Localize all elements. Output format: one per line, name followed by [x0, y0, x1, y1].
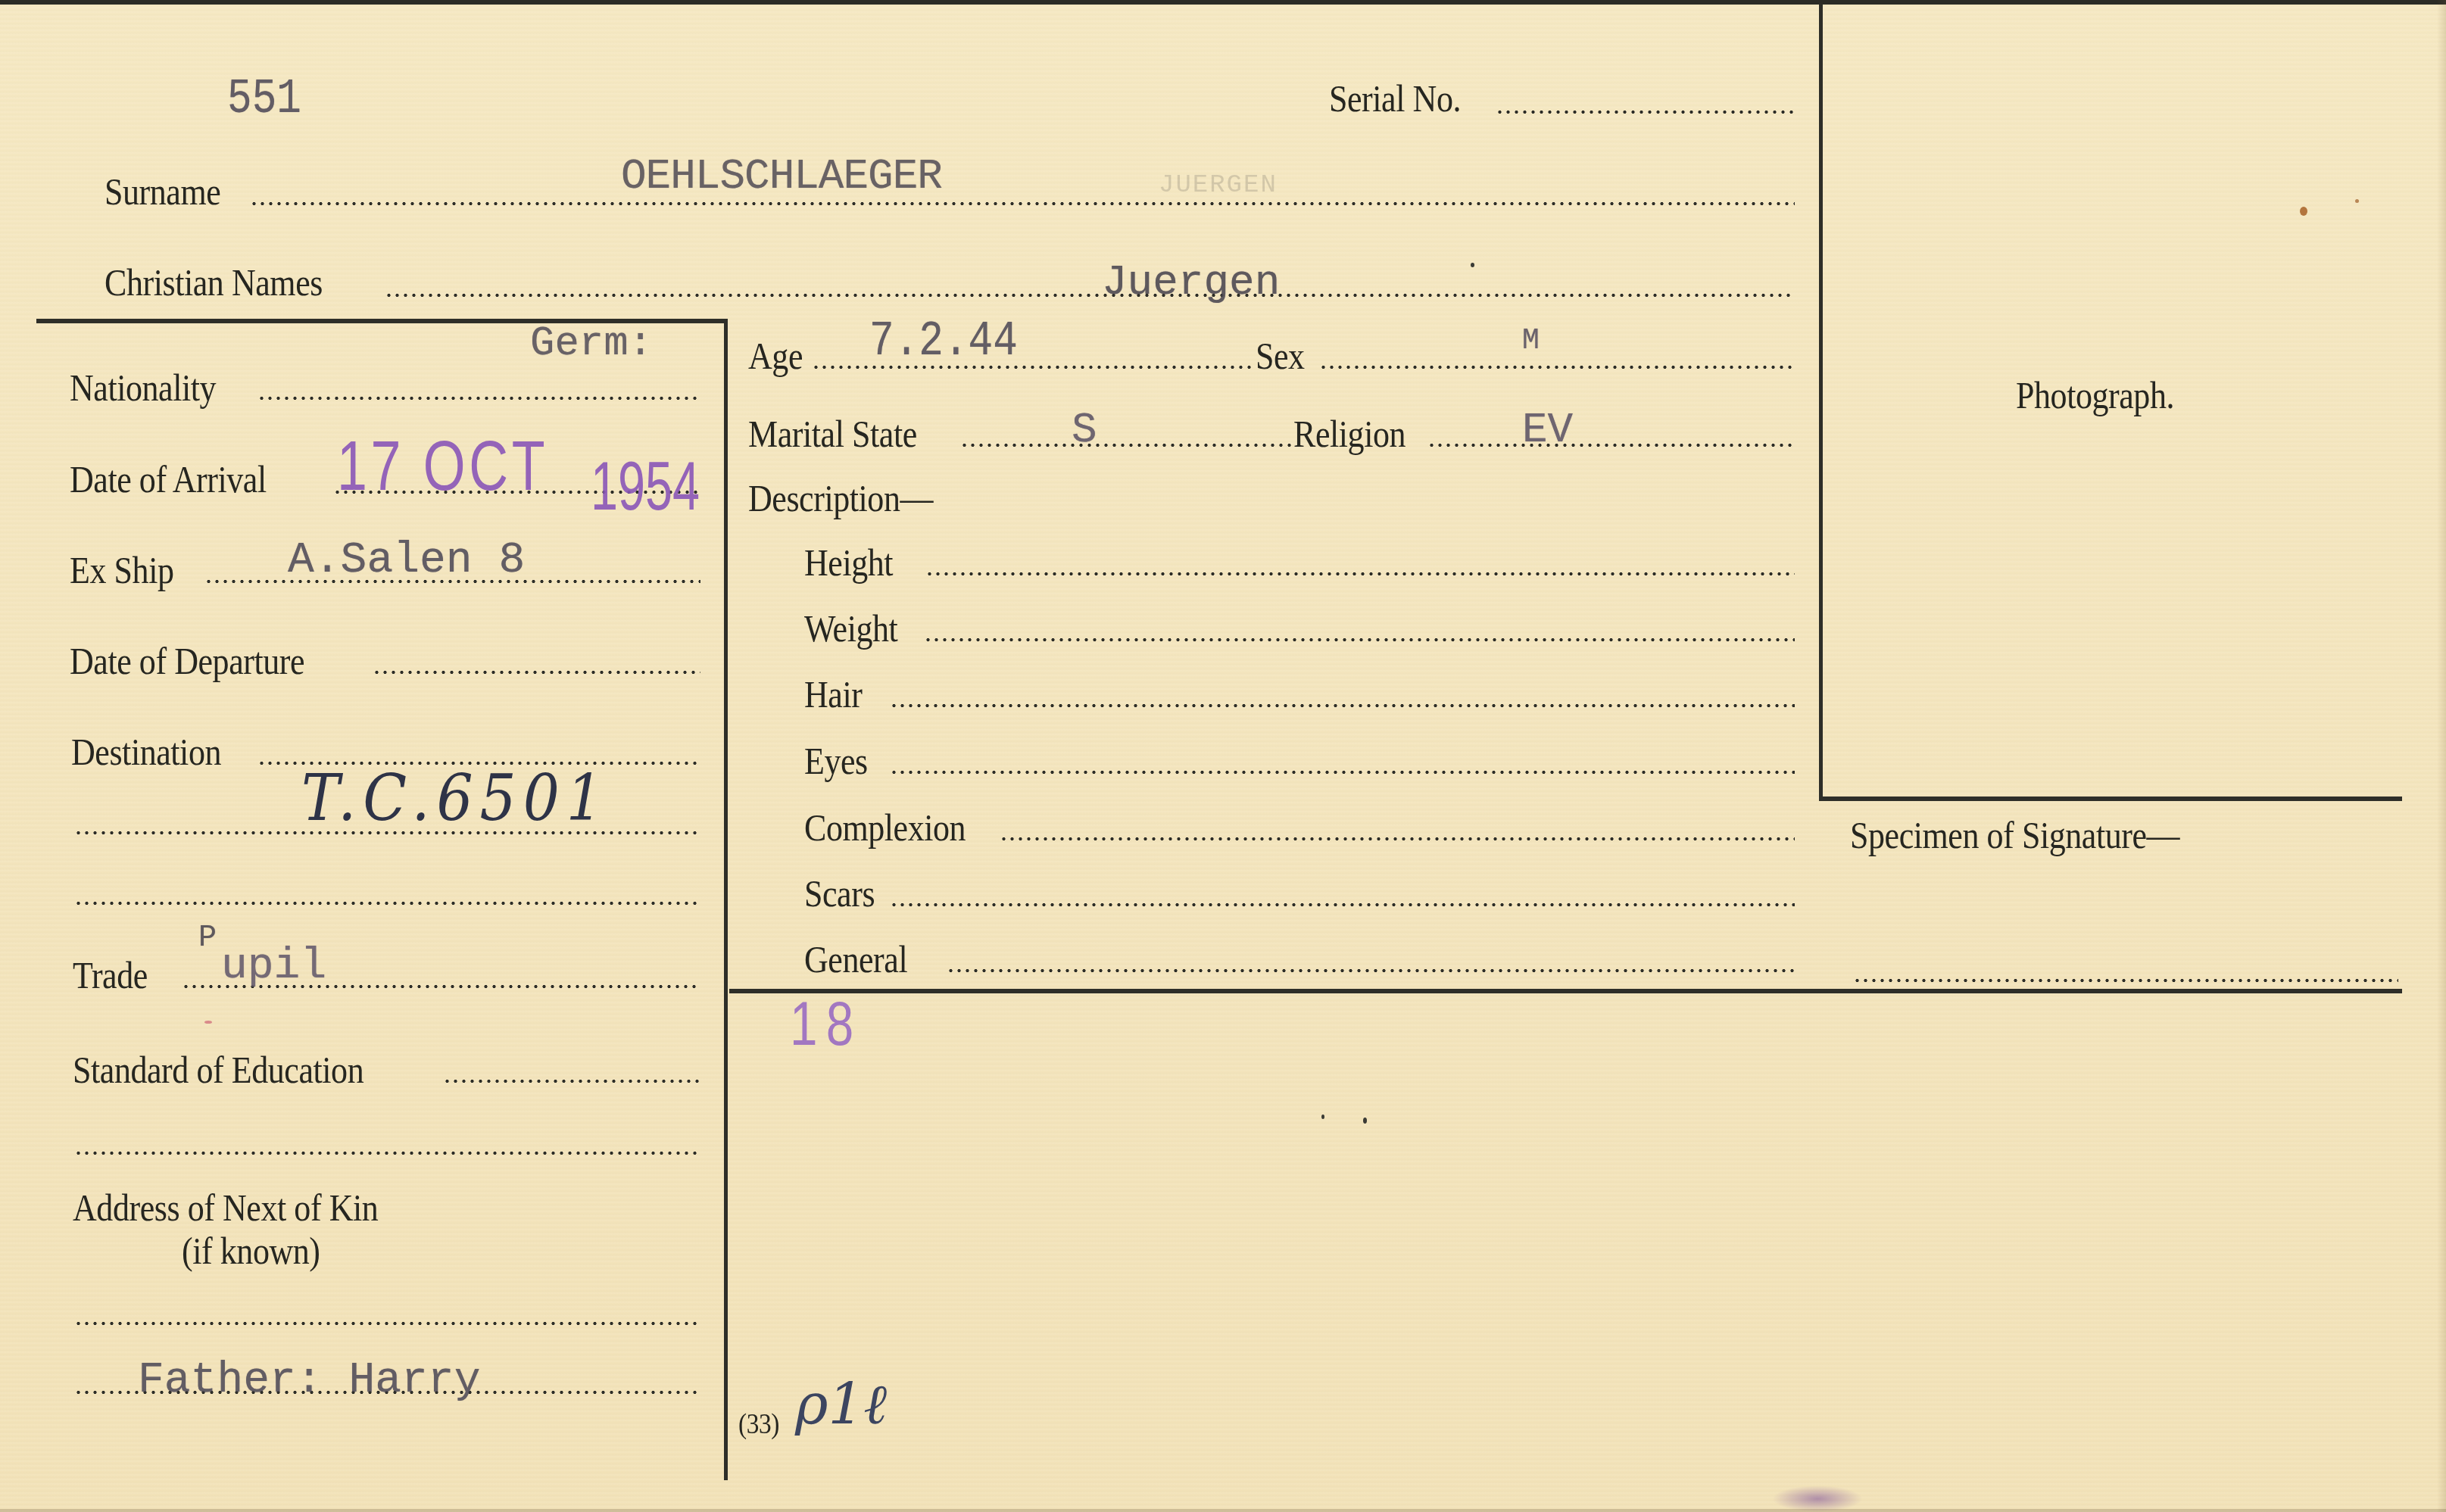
standard-of-education-field-line2[interactable] — [74, 1151, 700, 1155]
card-top-edge — [0, 0, 2446, 5]
height-field[interactable] — [925, 572, 1795, 576]
trade-value-prefix: P — [198, 924, 217, 954]
purple-stamp-residue — [1772, 1486, 1863, 1512]
arrival-date-stamp-day-month: 17 OCT — [337, 432, 548, 501]
next-of-kin-label: Address of Next of Kin — [73, 1189, 378, 1227]
photo-area-stain — [2300, 207, 2307, 216]
hair-field[interactable] — [890, 703, 1795, 708]
weight-field[interactable] — [924, 638, 1795, 642]
destination-value: T.C.6501 — [301, 766, 610, 830]
destination-field-line3[interactable] — [74, 901, 700, 906]
general-label: General — [804, 940, 907, 978]
standard-of-education-field[interactable] — [443, 1079, 700, 1083]
ink-speck — [1471, 263, 1474, 267]
photo-box-left-rule — [1819, 4, 1823, 799]
card-right-edge — [2437, 0, 2446, 1512]
description-label: Description— — [748, 479, 933, 517]
sex-value: M — [1522, 327, 1540, 356]
age-value: 7.2.44 — [869, 318, 1018, 366]
eyes-label: Eyes — [804, 742, 868, 780]
christian-names-value: Juergen — [1102, 261, 1280, 304]
next-of-kin-value: Father: Harry — [138, 1359, 480, 1403]
photograph-label: Photograph. — [2016, 376, 2174, 414]
signature-label: Specimen of Signature— — [1850, 816, 2179, 854]
sex-field[interactable] — [1319, 365, 1795, 369]
religion-value: EV — [1522, 409, 1573, 451]
form-code-handwritten: ρ1ℓ — [795, 1376, 887, 1433]
age-label: Age — [748, 337, 803, 375]
date-of-departure-field[interactable] — [373, 670, 700, 675]
surname-label: Surname — [105, 173, 220, 210]
stamp-number: 18 — [790, 993, 862, 1055]
complexion-field[interactable] — [1000, 837, 1795, 841]
card-number: 551 — [227, 76, 301, 124]
serial-no-label: Serial No. — [1329, 79, 1461, 117]
form-code: (33) — [738, 1410, 779, 1439]
ex-ship-label: Ex Ship — [70, 551, 174, 589]
religion-field[interactable] — [1427, 443, 1795, 447]
marital-state-label: Marital State — [748, 415, 917, 453]
eyes-field[interactable] — [890, 770, 1795, 775]
nationality-value: Germ: — [530, 324, 653, 365]
red-ink-mark — [204, 1021, 212, 1024]
card-bottom-edge — [0, 1509, 2446, 1512]
surname-ghost-text: JUERGEN — [1159, 173, 1278, 198]
description-bottom-rule — [729, 989, 2402, 993]
photo-box-bottom-rule — [1819, 797, 2402, 801]
religion-label: Religion — [1293, 415, 1406, 453]
left-box-vertical-rule — [724, 319, 728, 1480]
surname-value: OEHLSCHLAEGER — [621, 155, 942, 198]
scars-label: Scars — [804, 874, 875, 912]
christian-names-label: Christian Names — [105, 263, 323, 301]
general-field[interactable] — [947, 968, 1795, 973]
standard-of-education-label: Standard of Education — [73, 1051, 363, 1089]
nationality-field[interactable] — [257, 396, 700, 401]
destination-field-line2[interactable] — [74, 831, 700, 835]
date-of-departure-label: Date of Departure — [70, 642, 304, 680]
ink-speck — [1321, 1115, 1324, 1119]
nationality-label: Nationality — [70, 369, 216, 407]
marital-state-value: S — [1072, 409, 1097, 451]
photo-area-stain-small — [2355, 199, 2359, 203]
next-of-kin-sublabel: (if known) — [182, 1232, 320, 1270]
surname-field[interactable] — [250, 201, 1795, 206]
registration-card: 551 Serial No. Surname OEHLSCHLAEGER JUE… — [0, 0, 2446, 1512]
height-label: Height — [804, 544, 893, 581]
hair-label: Hair — [804, 675, 862, 713]
sex-label: Sex — [1256, 337, 1305, 375]
next-of-kin-field-line1[interactable] — [74, 1321, 700, 1326]
serial-no-field[interactable] — [1496, 110, 1795, 114]
christian-names-field[interactable] — [385, 293, 1795, 298]
weight-label: Weight — [804, 609, 897, 647]
date-of-arrival-label: Date of Arrival — [70, 460, 267, 498]
scars-field[interactable] — [890, 903, 1795, 907]
trade-value: upil — [221, 945, 326, 989]
destination-label: Destination — [71, 733, 221, 771]
ink-speck — [1363, 1118, 1367, 1124]
marital-state-field[interactable] — [960, 443, 1293, 447]
ex-ship-value: A.Salen 8 — [288, 539, 525, 583]
arrival-date-stamp-year: 1954 — [591, 453, 700, 521]
trade-label: Trade — [73, 956, 148, 994]
complexion-label: Complexion — [804, 809, 966, 846]
signature-field[interactable] — [1853, 978, 2398, 983]
